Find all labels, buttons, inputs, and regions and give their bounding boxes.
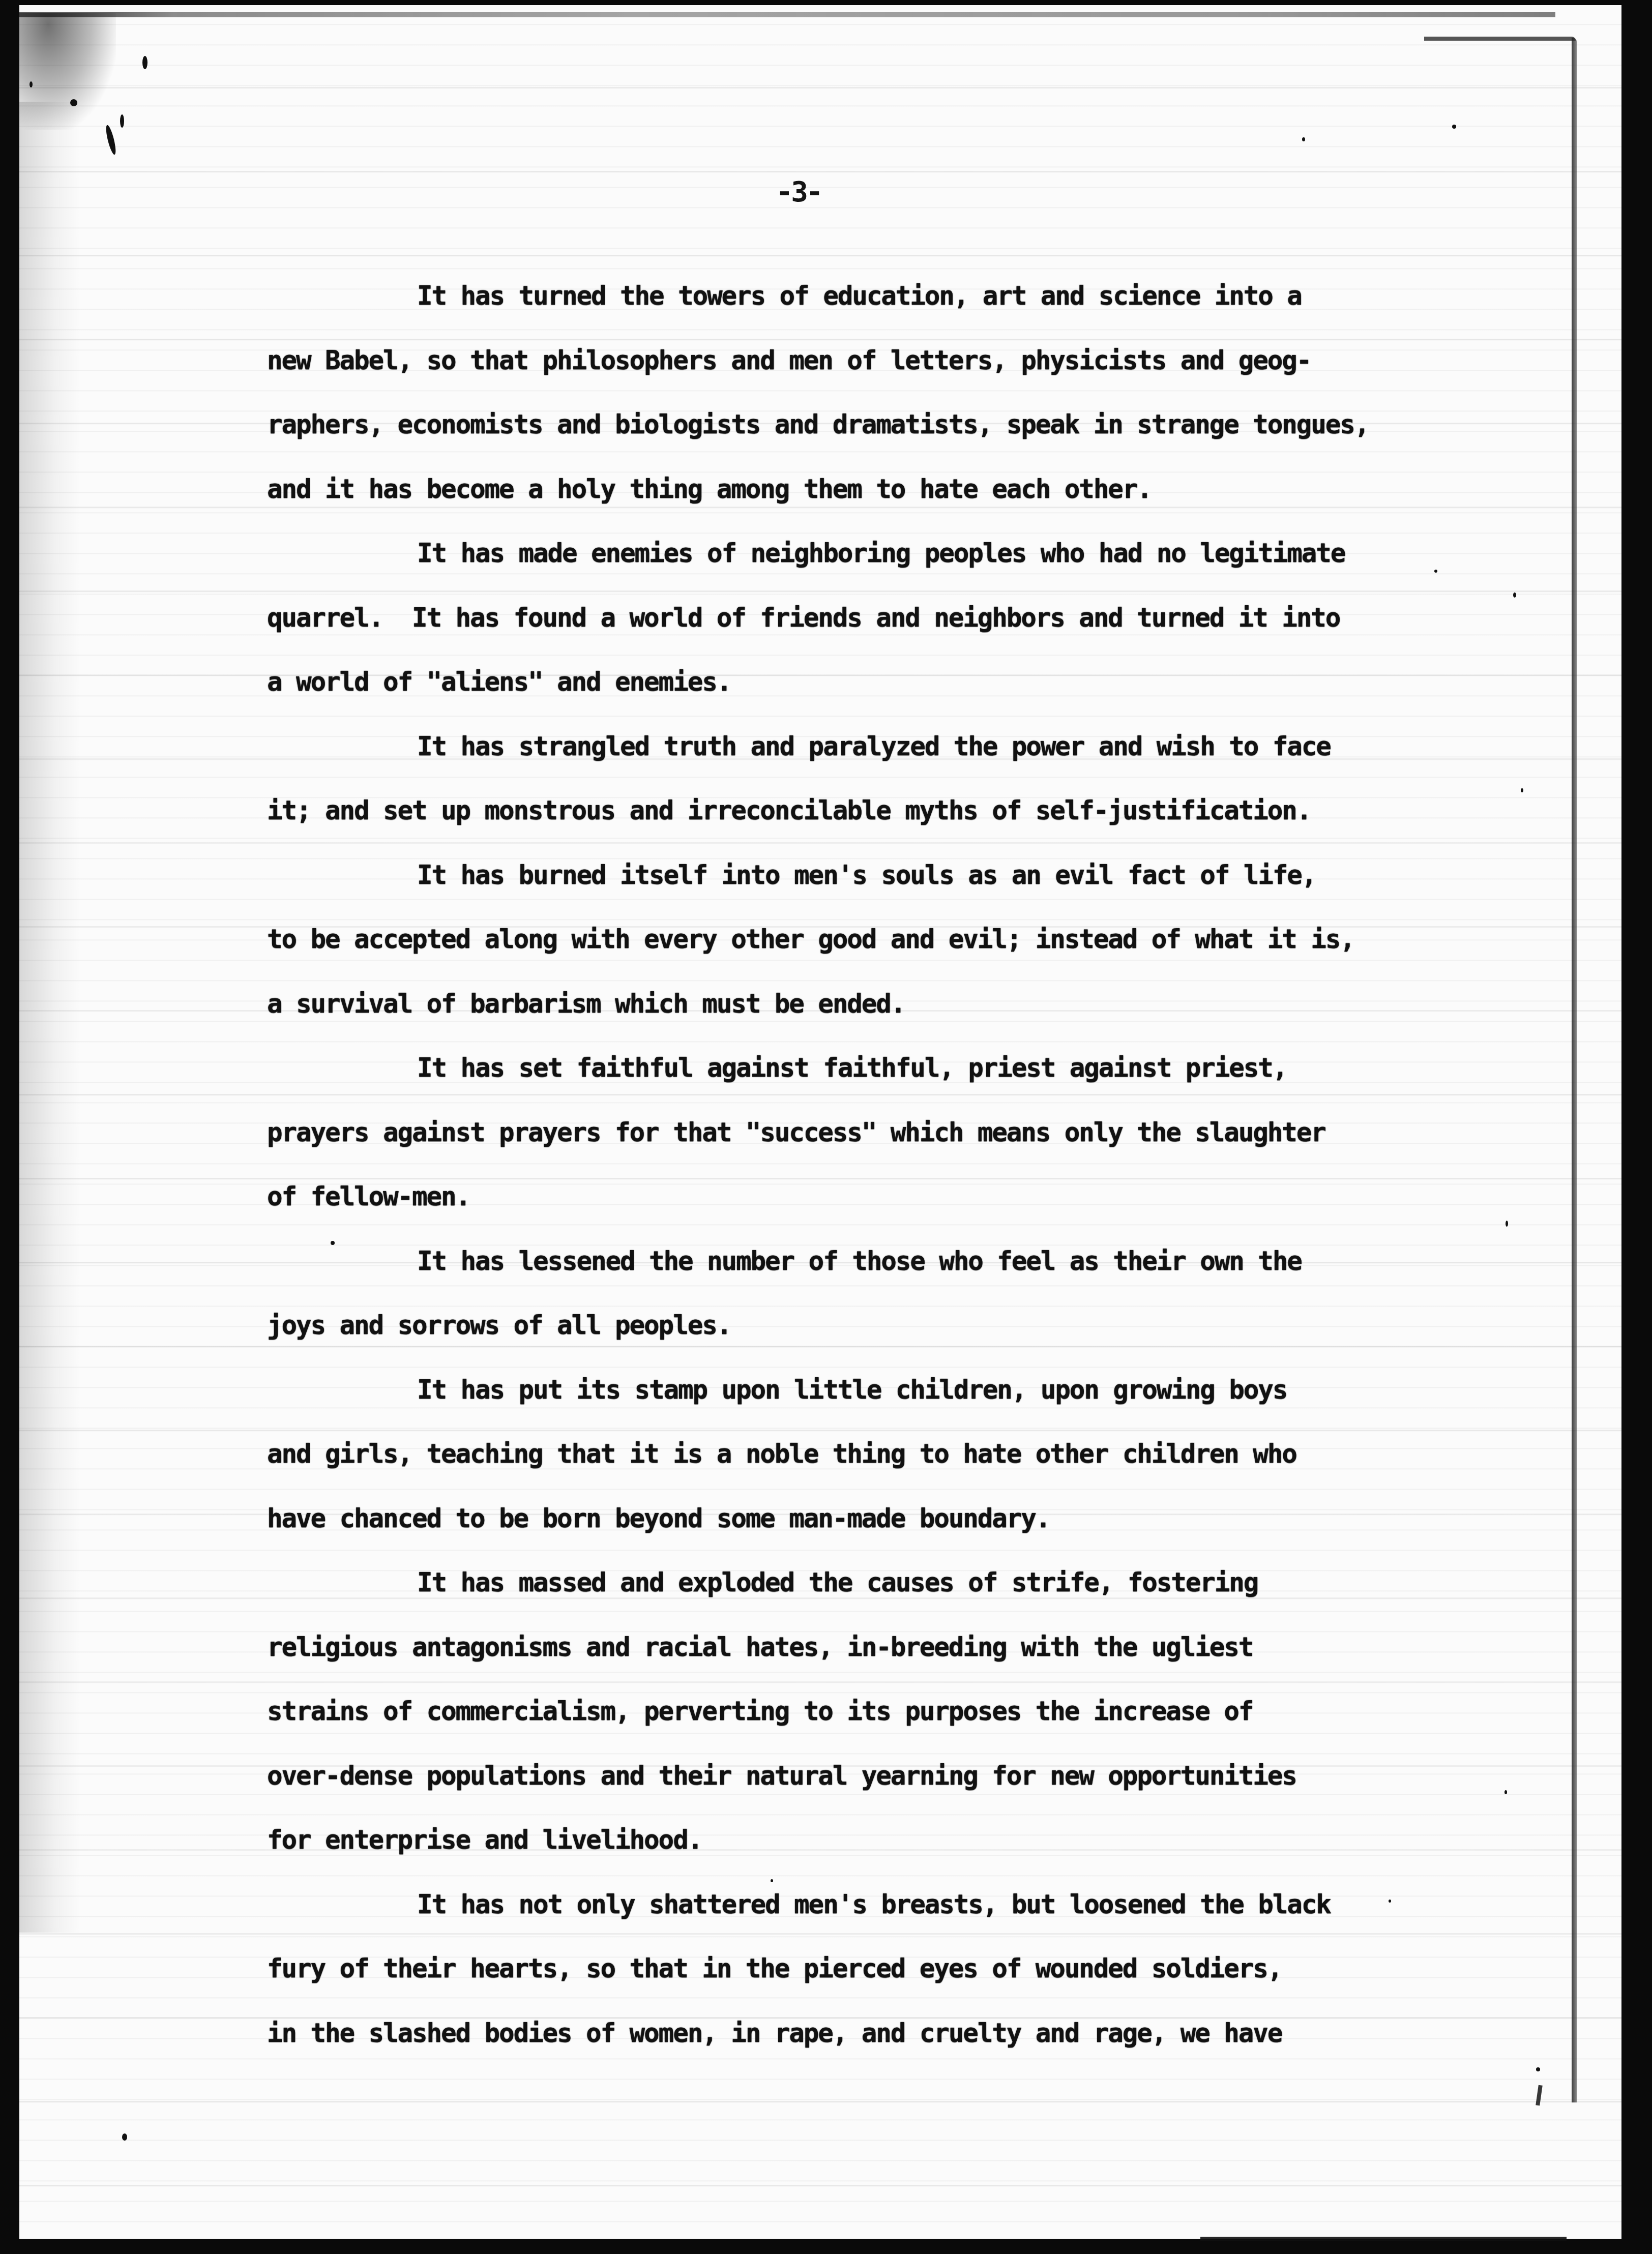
ink-speck [1302,137,1305,141]
text-line: It has put its stamp upon little childre… [267,1358,1417,1423]
page-number: -3- [0,175,1597,209]
text-line: It has massed and exploded the causes of… [267,1551,1417,1616]
text-line: for enterprise and livelihood. [267,1808,1417,1873]
text-line: It has strangled truth and paralyzed the… [267,715,1417,780]
text-line: have chanced to be born beyond some man-… [267,1487,1417,1552]
text-line: of fellow-men. [267,1165,1417,1230]
ink-speck [1506,1221,1508,1227]
ink-speck [122,2133,127,2141]
text-line: new Babel, so that philosophers and men … [267,329,1417,394]
ink-speck [1536,2067,1540,2071]
text-line: and it has become a holy thing among the… [267,458,1417,522]
ink-speck [29,81,33,87]
text-line: to be accepted along with every other go… [267,908,1417,972]
ink-speck [1521,788,1523,792]
text-line: strains of commercialism, perverting to … [267,1680,1417,1744]
ink-speck [1452,125,1456,129]
text-line: over-dense populations and their natural… [267,1744,1417,1809]
text-line: It has set faithful against faithful, pr… [267,1036,1417,1101]
text-line: prayers against prayers for that "succes… [267,1101,1417,1166]
text-line: It has lessened the number of those who … [267,1230,1417,1294]
page-edge-top-right [1424,37,1576,41]
ink-speck [142,56,147,69]
text-line: in the slashed bodies of women, in rape,… [267,2002,1417,2066]
ink-speck [1434,570,1437,573]
ink-speck [1513,592,1516,598]
page-edge-bottom [1200,2237,1567,2241]
page-top-edge-shadow [19,12,1555,17]
ink-speck [120,114,124,128]
page-edge-right [1572,38,1577,2102]
text-line: quarrel. It has found a world of friends… [267,586,1417,651]
text-line: religious antagonisms and racial hates, … [267,1616,1417,1680]
text-line: It has not only shattered men's breasts,… [267,1873,1417,1938]
left-margin-smudge [19,102,80,1933]
text-line: a survival of barbarism which must be en… [267,972,1417,1037]
text-line: a world of "aliens" and enemies. [267,650,1417,715]
text-line: It has made enemies of neighboring peopl… [267,522,1417,586]
text-line: it; and set up monstrous and irreconcila… [267,779,1417,844]
text-line: fury of their hearts, so that in the pie… [267,1937,1417,2002]
ink-speck [70,99,77,106]
text-line: joys and sorrows of all peoples. [267,1294,1417,1358]
text-line: raphers, economists and biologists and d… [267,393,1417,458]
text-line: and girls, teaching that it is a noble t… [267,1422,1417,1487]
text-line: It has turned the towers of education, a… [267,264,1417,329]
ink-speck [1504,1790,1507,1794]
text-line: It has burned itself into men's souls as… [267,844,1417,908]
document-body: It has turned the towers of education, a… [267,264,1417,2066]
